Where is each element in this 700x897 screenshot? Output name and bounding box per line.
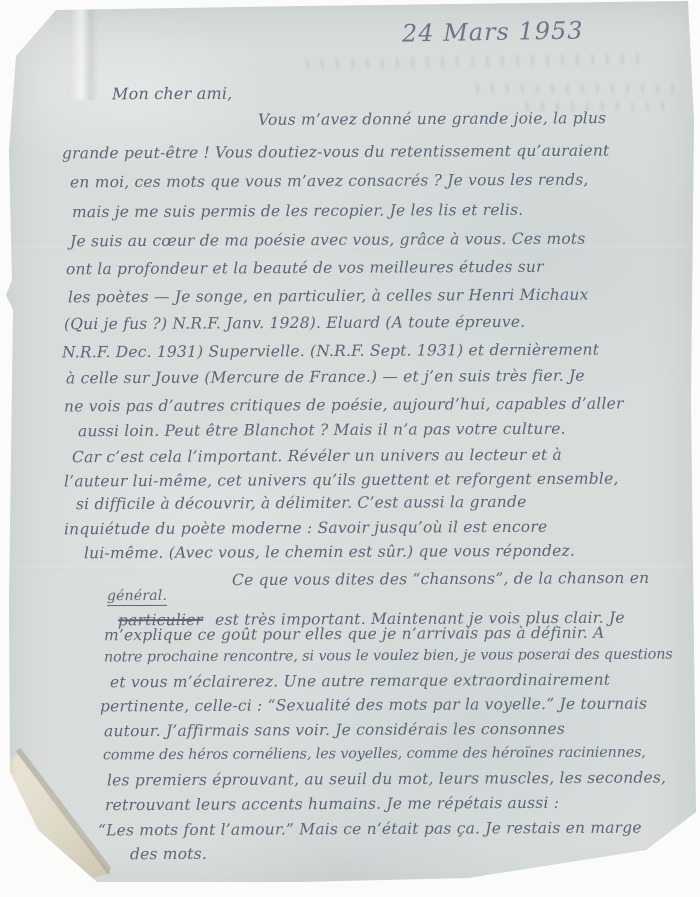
letter-line: à celle sur Jouve (Mercure de France.) —… [66, 367, 585, 388]
letter-line: des mots. [130, 845, 207, 863]
letter-line: lui-même. (Avec vous, le chemin est sûr.… [84, 542, 575, 563]
letter-line: ne vois pas d’autres critiques de poésie… [64, 395, 624, 416]
letter-line: (Qui je fus ?) N.R.F. Janv. 1928). Eluar… [64, 313, 525, 333]
letter-line: pertinente, celle-ci : “Sexualité des mo… [100, 695, 647, 716]
letter-line: m’explique ce goût pour elles que je n’a… [104, 624, 605, 645]
letter-line: grande peut-être ! Vous doutiez-vous du … [62, 142, 610, 163]
letter-date: 24 Mars 1953 [402, 16, 584, 47]
fold-corner [7, 748, 111, 884]
letter-line: comme des héros cornéliens, les voyelles… [103, 745, 646, 764]
letter-line: en moi, ces mots que vous m’avez consacr… [70, 171, 589, 192]
salutation: Mon cher ami, [112, 84, 232, 104]
letter-line: “Les mots font l’amour.” Mais ce n’était… [98, 819, 642, 840]
letter-line: si difficile à découvrir, à délimiter. C… [76, 493, 527, 513]
ink-bleed-ghost-text [300, 53, 650, 70]
letter-line: ont la profondeur et la beauté de vos me… [66, 258, 544, 279]
paper-sheet: 24 Mars 1953 Mon cher ami, Vous m’avez d… [0, 0, 700, 897]
letter-line: autour. J’affirmais sans voir. Je consid… [104, 720, 565, 740]
letter-line: Car c’est cela l’important. Révéler un u… [72, 446, 562, 467]
letter-line: retrouvant leurs accents humains. Je me … [105, 794, 559, 814]
letter-line: mais je me suis permis de les recopier. … [72, 201, 523, 221]
letter-line: inquiétude du poète moderne : Savoir jus… [64, 518, 547, 539]
letter-line: N.R.F. Dec. 1931) Supervielle. (N.R.F. S… [62, 341, 599, 362]
letter-line: Ce que vous dites des “chansons”, de la … [232, 569, 649, 589]
letter-line: notre prochaine rencontre, si vous le vo… [104, 647, 673, 666]
ink-dot [38, 13, 40, 15]
ink-bleed-ghost-text [470, 84, 680, 94]
letter-line: aussi loin. Peut être Blanchot ? Mais il… [78, 420, 566, 441]
letter-line: les poètes — Je songe, en particulier, à… [68, 286, 589, 307]
inserted-correction-word: général. [107, 588, 167, 606]
vertical-fold-crease [70, 4, 98, 100]
scan-background: { "letter": { "date": "24 Mars 1953", "s… [0, 0, 700, 897]
letter-line: et vous m’éclairerez. Une autre remarque… [110, 671, 610, 692]
letter-line: l’auteur lui-même, cet univers qu’ils gu… [64, 470, 619, 491]
letter-line: Je suis au cœur de ma poésie avec vous, … [70, 230, 586, 251]
letter-line: les premiers éprouvant, au seuil du mot,… [107, 769, 666, 790]
letter-line: Vous m’avez donné une grande joie, la pl… [258, 109, 606, 129]
